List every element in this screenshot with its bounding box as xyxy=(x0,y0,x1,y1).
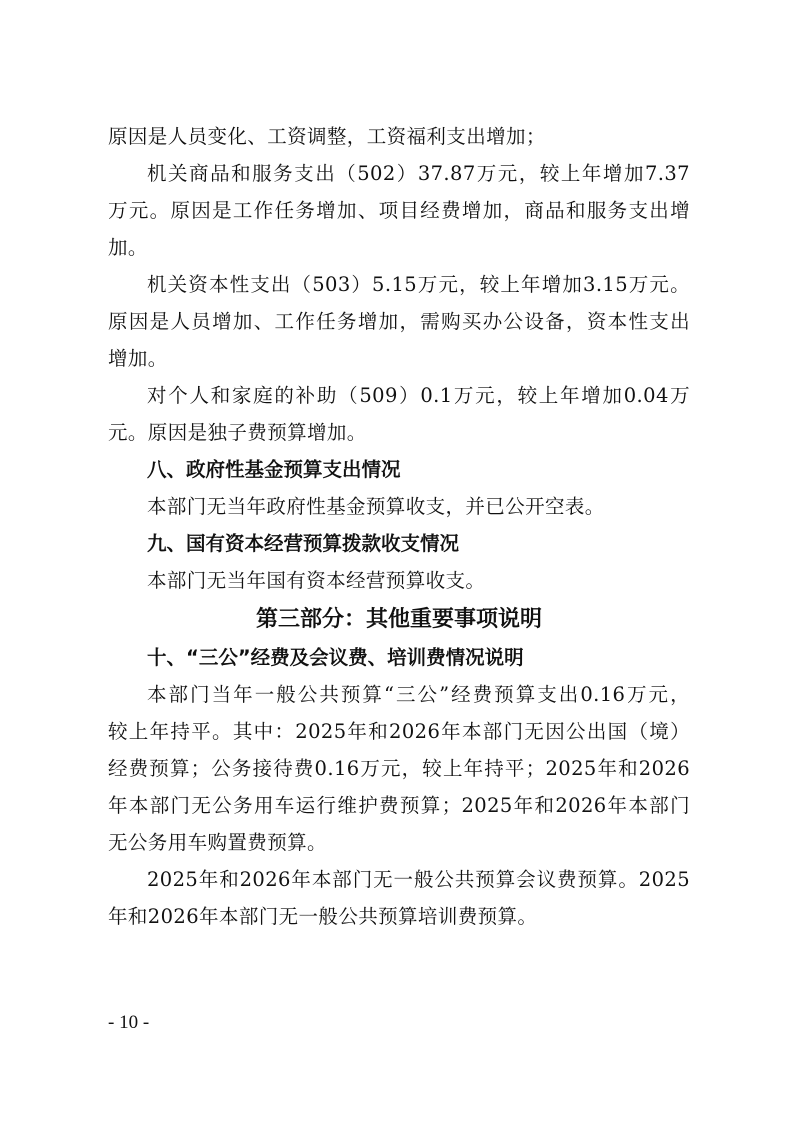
text-line: 加。 xyxy=(108,229,690,266)
text-line: 经费预算；公务接待费0.16万元，较上年持平；2025年和2026 xyxy=(108,750,690,787)
text-line: 机关商品和服务支出（502）37.87万元，较上年增加7.37 xyxy=(108,155,690,192)
section-heading-9: 九、国有资本经营预算拨款收支情况 xyxy=(108,525,690,562)
document-body: 原因是人员变化、工资调整，工资福利支出增加； 机关商品和服务支出（502）37.… xyxy=(108,118,690,935)
text-line: 元。原因是独子费预算增加。 xyxy=(108,414,690,451)
text-line: 增加。 xyxy=(108,340,690,377)
text-line: 本部门无当年国有资本经营预算收支。 xyxy=(108,562,690,599)
text-line: 年本部门无公务用车运行维护费预算；2025年和2026年本部门 xyxy=(108,787,690,824)
text-line: 机关资本性支出（503）5.15万元，较上年增加3.15万元。 xyxy=(108,266,690,303)
text-line: 原因是人员变化、工资调整，工资福利支出增加； xyxy=(108,118,690,155)
text-line: 年和2026年本部门无一般公共预算培训费预算。 xyxy=(108,898,690,935)
part-title: 第三部分：其他重要事项说明 xyxy=(108,599,690,639)
text-line: 2025年和2026年本部门无一般公共预算会议费预算。2025 xyxy=(108,861,690,898)
text-line: 较上年持平。其中：2025年和2026年本部门无因公出国（境） xyxy=(108,713,690,750)
text-line: 原因是人员增加、工作任务增加，需购买办公设备，资本性支出 xyxy=(108,303,690,340)
text-line: 本部门当年一般公共预算“三公”经费预算支出0.16万元， xyxy=(108,676,690,713)
text-line: 本部门无当年政府性基金预算收支，并已公开空表。 xyxy=(108,488,690,525)
text-line: 万元。原因是工作任务增加、项目经费增加，商品和服务支出增 xyxy=(108,192,690,229)
text-line: 无公务用车购置费预算。 xyxy=(108,824,690,861)
page-number: - 10 - xyxy=(108,1012,149,1034)
text-line: 对个人和家庭的补助（509）0.1万元，较上年增加0.04万 xyxy=(108,377,690,414)
section-heading-8: 八、政府性基金预算支出情况 xyxy=(108,451,690,488)
section-heading-10: 十、“三公”经费及会议费、培训费情况说明 xyxy=(108,639,690,676)
